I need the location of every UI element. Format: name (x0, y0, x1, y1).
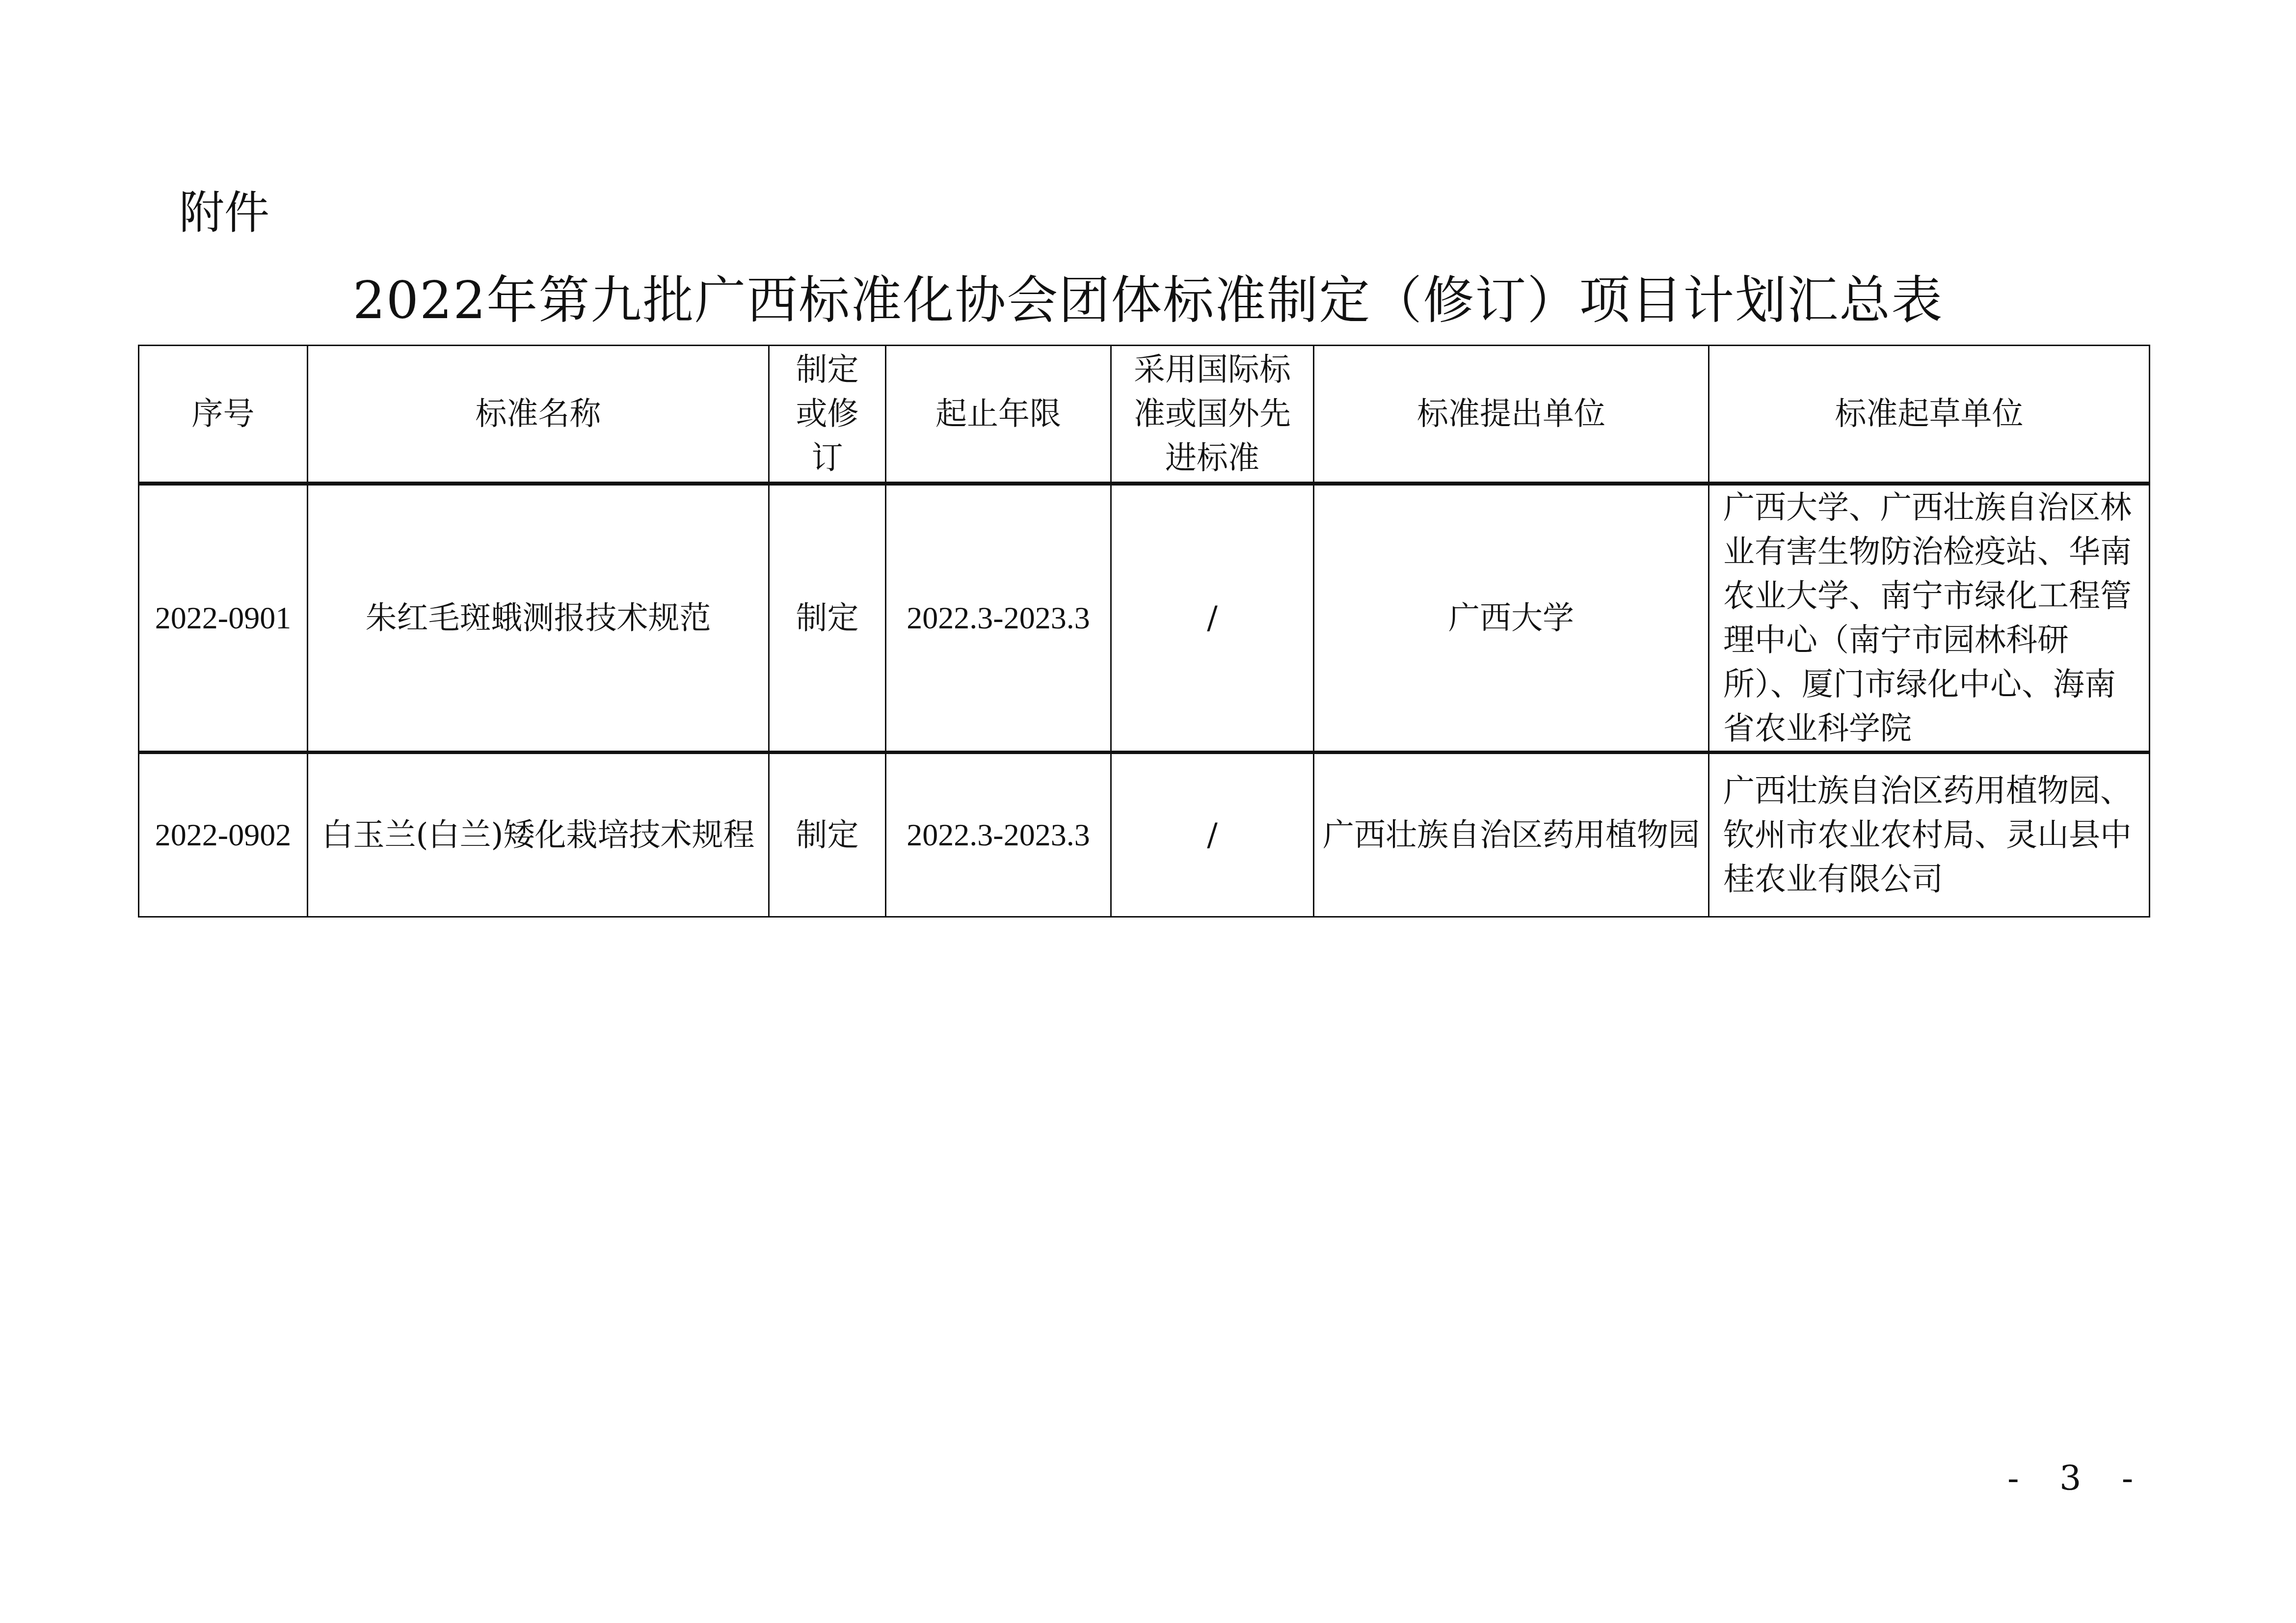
project-plan-table: 序号 标准名称 制定 或修 订 起止年限 采用国际标 准或国外先 进标准 标准提… (138, 345, 2150, 918)
header-period: 起止年限 (886, 346, 1111, 484)
header-serial: 序号 (139, 346, 308, 484)
header-type: 制定 或修 订 (769, 346, 886, 484)
header-type-line: 订 (777, 436, 877, 480)
cell-proposer: 广西壮族自治区药用植物园 (1314, 753, 1709, 917)
table-row: 2022-0901 朱红毛斑蛾测报技术规范 制定 2022.3-2023.3 /… (139, 484, 2150, 753)
table-row: 2022-0902 白玉兰(白兰)矮化栽培技术规程 制定 2022.3-2023… (139, 753, 2150, 917)
cell-serial: 2022-0902 (139, 753, 308, 917)
cell-type: 制定 (769, 484, 886, 753)
cell-drafter: 广西壮族自治区药用植物园、钦州市农业农村局、灵山县中桂农业有限公司 (1709, 753, 2150, 917)
cell-period: 2022.3-2023.3 (886, 753, 1111, 917)
header-adopt-line: 准或国外先 (1120, 392, 1305, 436)
header-proposer: 标准提出单位 (1314, 346, 1709, 484)
cell-serial: 2022-0901 (139, 484, 308, 753)
cell-adopt: / (1111, 753, 1314, 917)
cell-drafter: 广西大学、广西壮族自治区林业有害生物防治检疫站、华南农业大学、南宁市绿化工程管理… (1709, 484, 2150, 753)
header-name: 标准名称 (308, 346, 769, 484)
cell-type: 制定 (769, 753, 886, 917)
cell-name: 朱红毛斑蛾测报技术规范 (308, 484, 769, 753)
cell-proposer: 广西大学 (1314, 484, 1709, 753)
header-adopt-line: 采用国际标 (1120, 348, 1305, 392)
attachment-label: 附件 (179, 190, 269, 236)
cell-name: 白玉兰(白兰)矮化栽培技术规程 (308, 753, 769, 917)
header-drafter: 标准起草单位 (1709, 346, 2150, 484)
header-adopt-line: 进标准 (1120, 436, 1305, 480)
header-type-line: 或修 (777, 392, 877, 436)
table-header-row: 序号 标准名称 制定 或修 订 起止年限 采用国际标 准或国外先 进标准 标准提… (139, 346, 2150, 484)
header-adopt: 采用国际标 准或国外先 进标准 (1111, 346, 1314, 484)
page-title: 2022年第九批广西标准化协会团体标准制定（修订）项目计划汇总表 (0, 275, 2296, 326)
cell-period: 2022.3-2023.3 (886, 484, 1111, 753)
page-number: - 3 - (2007, 1458, 2148, 1498)
cell-adopt: / (1111, 484, 1314, 753)
header-type-line: 制定 (777, 348, 877, 392)
